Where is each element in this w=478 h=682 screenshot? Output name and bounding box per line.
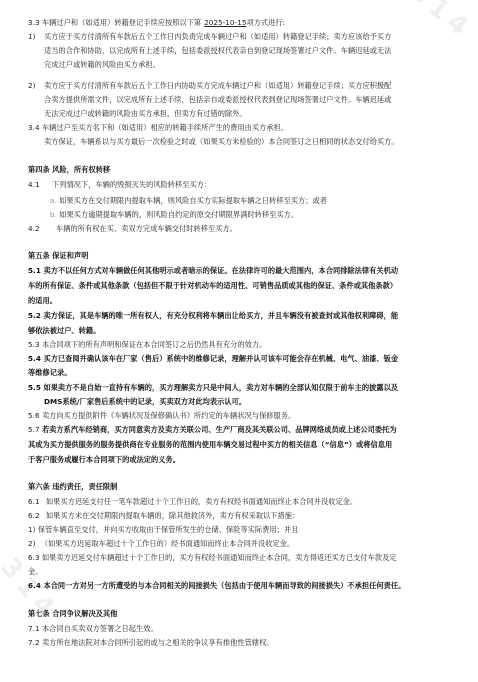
clause-text: 若卖方系汽车经销商，买方同意卖方及卖方关联公司、生产厂商及其关联公司、品牌网络成…	[42, 425, 397, 434]
clause-5-3: 5.3 本合同项下的所有声明和保证在本合同签订之后仍然具有充分的效力。	[28, 340, 266, 350]
clause-6-2: 6.2 如果买方未在交付期限内提取车辆的，除其他救济外，卖方有权采取以下措施：	[28, 511, 299, 521]
clause-number: 5.6	[28, 411, 40, 420]
option-line: 合卖方提供所需文件，以完成所有上述手续，包括亲自或委派授权代表到登记现场签署过户…	[44, 95, 391, 105]
clause-line: DMS系统/厂家售后系统中的记录，买卖双方对此均表示认可。	[44, 397, 246, 407]
clause-line: 于客户服务或履行本合同项下的或法定的义务。	[28, 455, 180, 465]
clause-line: 金。	[28, 567, 42, 577]
list-item-text: 如果买方逾期提取车辆的，则风险自约定的原交付期限界满时转移至买方。	[59, 210, 298, 219]
clause-line: 车的所有保证、条件或其他条款（包括但不限于针对机动车的适用性、可销售品质或其他的…	[28, 281, 397, 291]
clause-text: 车辆过户至买方名下和（如适用）相应的转籍手续所产生的费用由买方承担。	[42, 123, 288, 132]
seller-warranty-text: 卖方保证，车辆系以与买方最后一次检验之时或（如果买方未检验的）本合同签订之日相同…	[44, 137, 399, 147]
option-number: 2)	[28, 81, 35, 91]
clause-6-3: 6.3 如果卖方迟延交付车辆超过十个工作日的，买方有权经书面通知而终止本合同，卖…	[28, 553, 397, 563]
clause-line: 其或为买方提供服务的服务提供商在专业服务的范围内使用车辆交易过程中买方的相关信息…	[28, 440, 392, 450]
clause-6-4: 6.4 本合同一方对另一方所遭受的与本合同相关的间接损失（包括由于使用车辆而导致…	[28, 581, 405, 591]
list-item: 2) （如果买方迟延取车超过十个工作日的）经书面通知而终止本合同并没收定金。	[28, 539, 294, 549]
clause-number: 6.1	[28, 497, 40, 506]
clause-4-2-text: 车辆的所有权在买、卖双方完成车辆交付时转移至买方。	[56, 224, 237, 234]
clause-number: 4.1	[28, 180, 40, 189]
clause-text: 本合同项下的所有声明和保证在本合同签订之后仍然具有充分的效力。	[42, 340, 266, 349]
list-item: 1) 保管车辆直至交付，并向买方收取由于保管所发生的仓储、保险等实际费用；并且	[28, 525, 298, 535]
clause-number: 5.7	[28, 425, 40, 434]
option-line: 适当的合作和协助，以完成所有上述手续，包括委派授权代表亲自到登记现场签署过户文件…	[44, 46, 391, 56]
clause-line: 等维修记录。	[28, 368, 71, 378]
option-number: 1)	[28, 32, 35, 42]
clause-line: 够依法被过户、转籍。	[28, 326, 100, 336]
list-marker: a.	[50, 196, 57, 205]
clause-text: 本合同一方对另一方所遭受的与本合同相关的间接损失（包括由于使用车辆而导致的间接损…	[43, 581, 405, 590]
clause-number: 6.2	[28, 511, 40, 520]
list-item-text: 如果买方在交付期限内提取车辆，则风险自买方实际提取车辆之日转移至买方；或者	[59, 196, 327, 205]
clause-number: 7.1	[28, 624, 40, 633]
clause-text: 如果买方迟延支付任一笔车款超过十个工作日的，卖方有权经书面通知而终止本合同并没收…	[46, 497, 357, 506]
section-7-heading: 第七条 合同争议解决及其他	[28, 609, 117, 619]
clause-text: 下列情况下，车辆的毁损灭失的风险转移至买方：	[52, 180, 211, 190]
clause-7-1: 7.1 本合同自买卖双方签署之日起生效。	[28, 624, 158, 634]
clause-text: 车辆过户和（如适用）转籍登记手续应按照以下第	[42, 18, 201, 27]
clause-line: 的适用。	[28, 296, 57, 306]
section-6-heading: 第六条 违约责任，责任限制	[28, 482, 117, 492]
clause-number: 5.4	[28, 354, 41, 363]
list-item: a. 如果买方在交付期限内提取车辆，则风险自买方实际提取车辆之日转移至买方；或者	[50, 196, 327, 206]
clause-4-1: 4.1	[28, 180, 40, 190]
list-marker: 2)	[28, 539, 35, 548]
clause-text: 本合同自买卖双方签署之日起生效。	[42, 624, 158, 633]
section-4-heading: 第四条 风险，所有权转移	[28, 165, 110, 175]
list-item-text: 保管车辆直至交付，并向买方收取由于保管所发生的仓储、保险等实际费用；并且	[38, 525, 299, 534]
section-5-heading: 第五条 保证和声明	[28, 251, 88, 261]
clause-number: 6.3	[28, 553, 40, 562]
clause-text: 买方已查阅并确认该车在厂家（售后）系统中的维修记录，理解并认可该车可能会存在机械…	[43, 354, 398, 363]
list-marker: 1)	[28, 525, 35, 534]
option-line: 完成过户或转籍的风险由买方承担。	[44, 60, 160, 70]
clause-7-2: 7.2 卖方所在地法院对本合同所引起的或与之相关的争议享有排他性管辖权。	[28, 638, 274, 648]
clause-text: 如果卖方不是自始一直持有车辆的，买方理解卖方只是中间人，卖方对车辆的全部认知仅限…	[43, 383, 398, 392]
clause-3-3: 3.3 车辆过户和（如适用）转籍登记手续应按照以下第2025-10-15项方式进…	[28, 18, 285, 28]
clause-5-7: 5.7 若卖方系汽车经销商，买方同意卖方及卖方关联公司、生产厂商及其关联公司、品…	[28, 425, 397, 435]
clause-text: 卖方不以任何方式对车辆做任何其他明示或者暗示的保证。在法律许可的最大范围内，本合…	[43, 266, 398, 275]
clause-5-5: 5.5 如果卖方不是自始一直持有车辆的，买方理解卖方只是中间人，卖方对车辆的全部…	[28, 383, 398, 393]
option-line: 卖方应于买方付清所有车款后五个工作日内协助买方完成车辆过户和（如适用）转籍登记手…	[44, 81, 391, 91]
clause-5-4: 5.4 买方已查阅并确认该车在厂家（售后）系统中的维修记录，理解并认可该车可能会…	[28, 354, 398, 364]
clause-number: 6.4	[28, 581, 41, 590]
clause-text: 如果买方未在交付期限内提取车辆的，除其他救济外，卖方有权采取以下措施：	[46, 511, 299, 520]
clause-text: 卖方保证，其是车辆的唯一所有权人，有充分权利将车辆出让给买方，并且车辆没有被查封…	[43, 311, 398, 320]
clause-text: 卖方向买方提供附件《车辆状况及保修确认书》所约定的车辆状况与保修服务。	[42, 411, 295, 420]
clause-5-1: 5.1 卖方不以任何方式对车辆做任何其他明示或者暗示的保证。在法律许可的最大范围…	[28, 266, 398, 276]
clause-number: 3.3	[28, 18, 40, 27]
clause-3-4: 3.4 车辆过户至买方名下和（如适用）相应的转籍手续所产生的费用由买方承担。	[28, 123, 288, 133]
clause-number: 3.4	[28, 123, 40, 132]
clause-text: 如果卖方迟延交付车辆超过十个工作日的，买方有权经书面通知而终止本合同，卖方得返还…	[42, 553, 397, 562]
clause-number: 5.1	[28, 266, 41, 275]
clause-6-1: 6.1 如果买方迟延支付任一笔车款超过十个工作日的，卖方有权经书面通知而终止本合…	[28, 497, 357, 507]
clause-5-6: 5.6 卖方向买方提供附件《车辆状况及保修确认书》所约定的车辆状况与保修服务。	[28, 411, 295, 421]
option-line: 买方应于买方付清所有车款后五个工作日内负责完成车辆过户和（如适用）转籍登记手续；…	[44, 32, 391, 42]
clause-number: 5.3	[28, 340, 40, 349]
option-line: 无法完成过户或转籍的风险由买方承担，但卖方有过错的除外。	[44, 109, 247, 119]
clause-text: 卖方所在地法院对本合同所引起的或与之相关的争议享有排他性管辖权。	[42, 638, 274, 647]
clause-number: 7.2	[28, 638, 40, 647]
clause-number: 5.2	[28, 311, 41, 320]
watermark-top: 314	[404, 0, 478, 46]
transfer-date-field: 2025-10-15	[204, 18, 246, 27]
clause-text-suffix: 项方式进行:	[246, 18, 285, 27]
list-item: b. 如果买方逾期提取车辆的，则风险自约定的原交付期限界满时转移至买方。	[50, 210, 298, 220]
clause-4-2-number: 4.2	[28, 224, 40, 234]
clause-number: 5.5	[28, 383, 41, 392]
clause-5-2: 5.2 卖方保证，其是车辆的唯一所有权人，有充分权利将车辆出让给买方，并且车辆没…	[28, 311, 398, 321]
list-item-text: （如果买方迟延取车超过十个工作日的）经书面通知而终止本合同并没收定金。	[41, 539, 294, 548]
list-marker: b.	[50, 210, 57, 219]
